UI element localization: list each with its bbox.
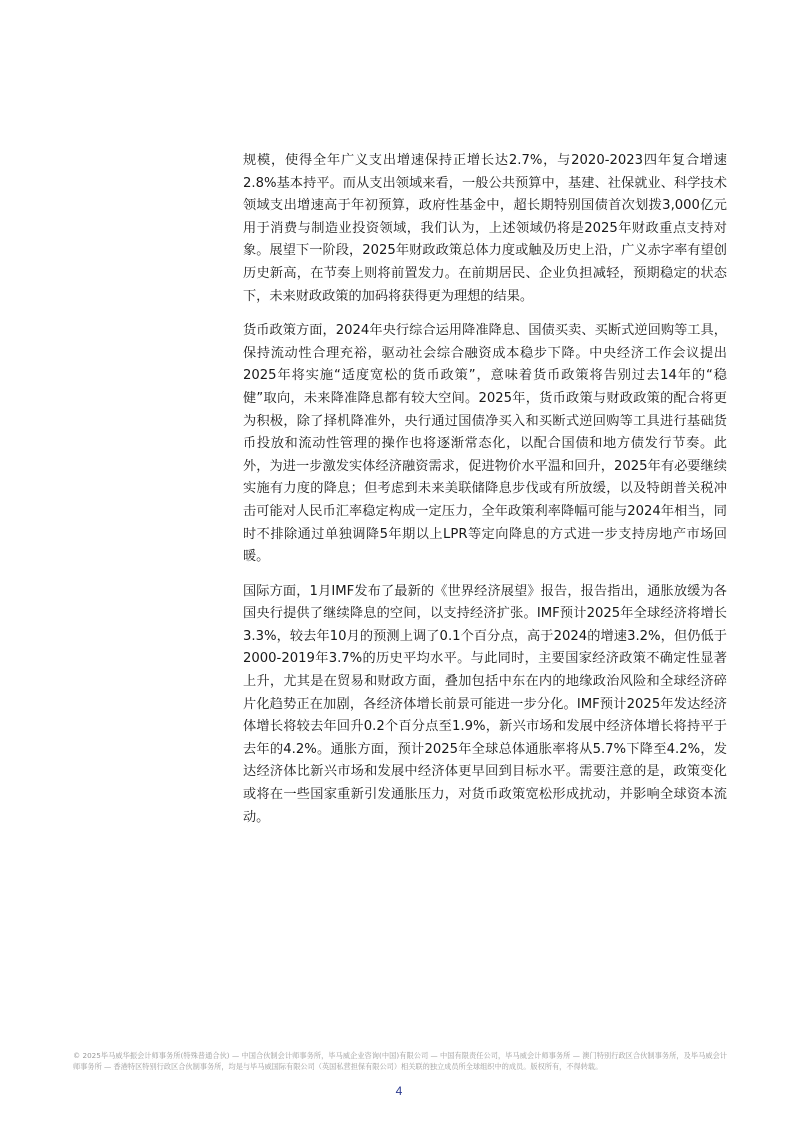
body-text: 规模，使得全年广义支出增速保持正增长达2.7%，与2020-2023四年复合增速…	[243, 150, 727, 841]
page-number: 4	[0, 1084, 798, 1098]
paragraph-fiscal-policy: 规模，使得全年广义支出增速保持正增长达2.7%，与2020-2023四年复合增速…	[243, 150, 727, 308]
footer-copyright: © 2025毕马威华振会计师事务所(特殊普通合伙) — 中国合伙制会计师事务所，…	[73, 1050, 727, 1072]
paragraph-international: 国际方面，1月IMF发布了最新的《世界经济展望》报告，报告指出，通胀放缓为各国央…	[243, 581, 727, 830]
document-page: 规模，使得全年广义支出增速保持正增长达2.7%，与2020-2023四年复合增速…	[0, 0, 798, 1122]
paragraph-monetary-policy: 货币政策方面，2024年央行综合运用降准降息、国债买卖、买断式逆回购等工具，保持…	[243, 320, 727, 569]
